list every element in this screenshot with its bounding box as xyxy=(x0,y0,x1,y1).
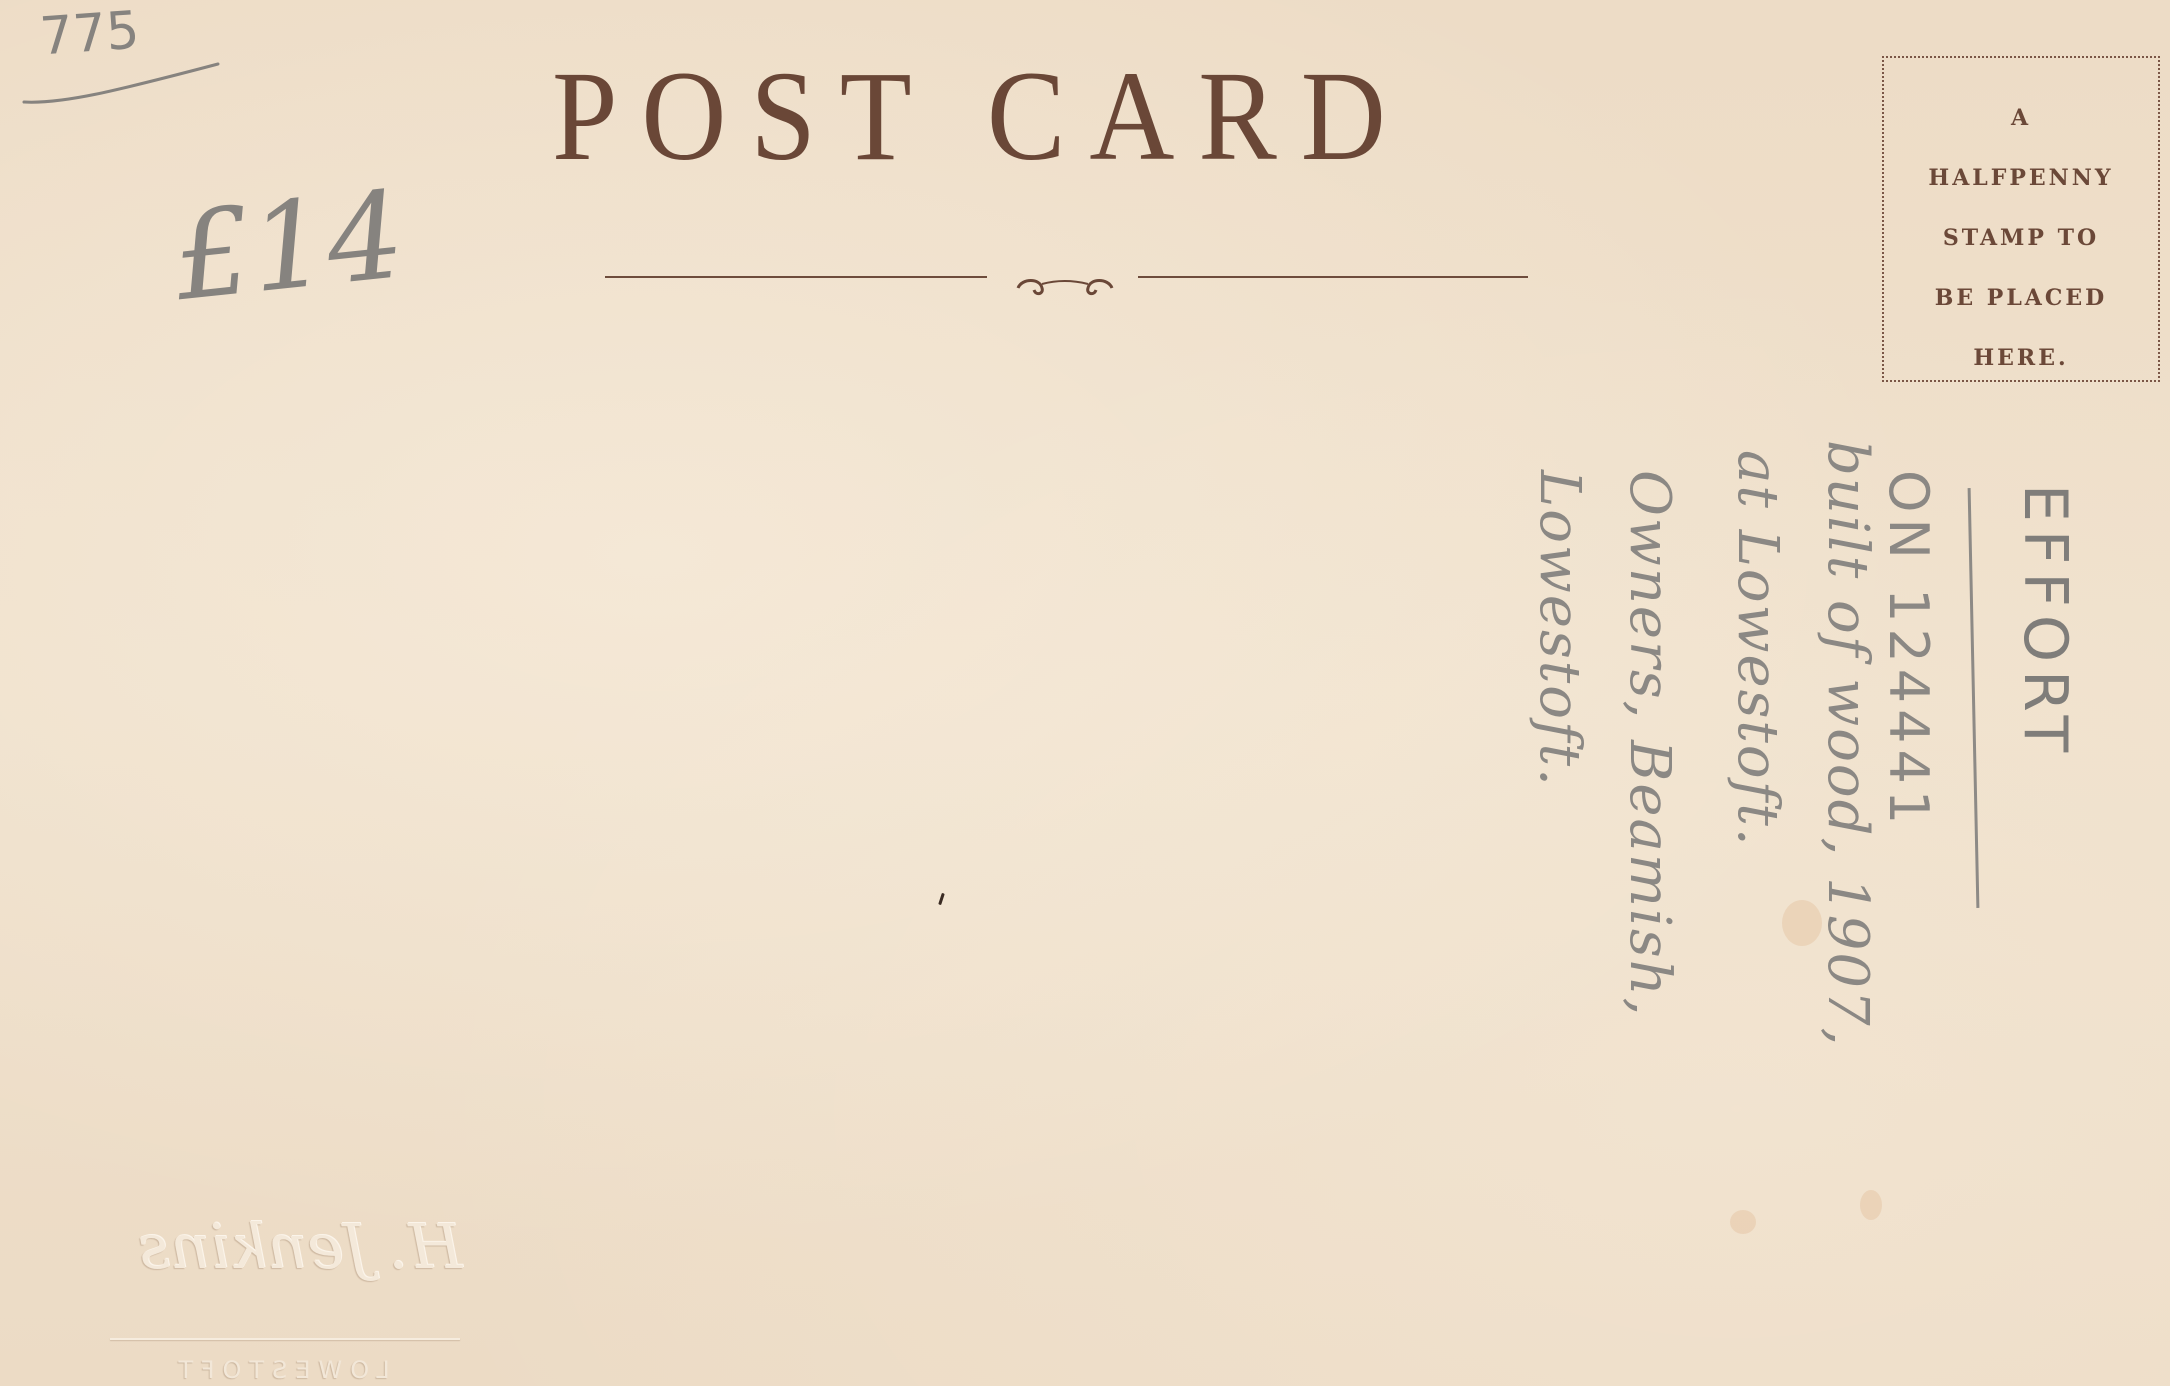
postcard-title: POST CARD xyxy=(552,52,1546,180)
stamp-line: A xyxy=(1884,88,2158,148)
foxing-stain xyxy=(1730,1210,1756,1234)
emboss-rule xyxy=(110,1338,460,1340)
vessel-name-underline xyxy=(1968,488,1980,908)
stamp-line: STAMP TO xyxy=(1884,208,2158,268)
note-line: Lowestoft. xyxy=(1527,470,1592,788)
stamp-instructions: A HALFPENNY STAMP TO BE PLACED HERE. xyxy=(1884,88,2158,388)
stamp-line: HERE. xyxy=(1884,328,2158,388)
title-divider-right xyxy=(1138,276,1528,278)
foxing-stain xyxy=(1860,1190,1882,1220)
stamp-line: BE PLACED xyxy=(1884,268,2158,328)
photographer-name: H. Jenkins xyxy=(80,1210,520,1283)
price-annotation: £14 xyxy=(168,166,410,328)
scroll-ornament-icon xyxy=(1012,274,1118,304)
note-line: at Lowestoft. xyxy=(1725,450,1790,848)
inventory-number: 775 xyxy=(38,1,141,68)
note-line: built of wood, 1907, xyxy=(1815,440,1880,1047)
postcard-back: POST CARD A HALFPENNY STAMP TO BE PLACED… xyxy=(0,0,2170,1386)
vessel-name: EFFORT xyxy=(2010,484,2080,760)
photographer-emboss: H. Jenkins LOWESTOFT xyxy=(60,1200,540,1386)
vessel-notes: EFFORT ON 124441 built of wood, 1907, at… xyxy=(1420,440,2080,1340)
note-line: ON 124441 xyxy=(1877,470,1940,830)
note-line: Owners, Beamish, xyxy=(1617,470,1682,1017)
inventory-underline-icon xyxy=(22,62,222,106)
title-divider-left xyxy=(605,276,987,278)
stamp-placement-box: A HALFPENNY STAMP TO BE PLACED HERE. xyxy=(1882,56,2160,382)
photographer-town: LOWESTOFT xyxy=(130,1356,430,1384)
stamp-line: HALFPENNY xyxy=(1884,148,2158,208)
ink-speck xyxy=(938,893,945,905)
foxing-stain xyxy=(1782,900,1822,946)
